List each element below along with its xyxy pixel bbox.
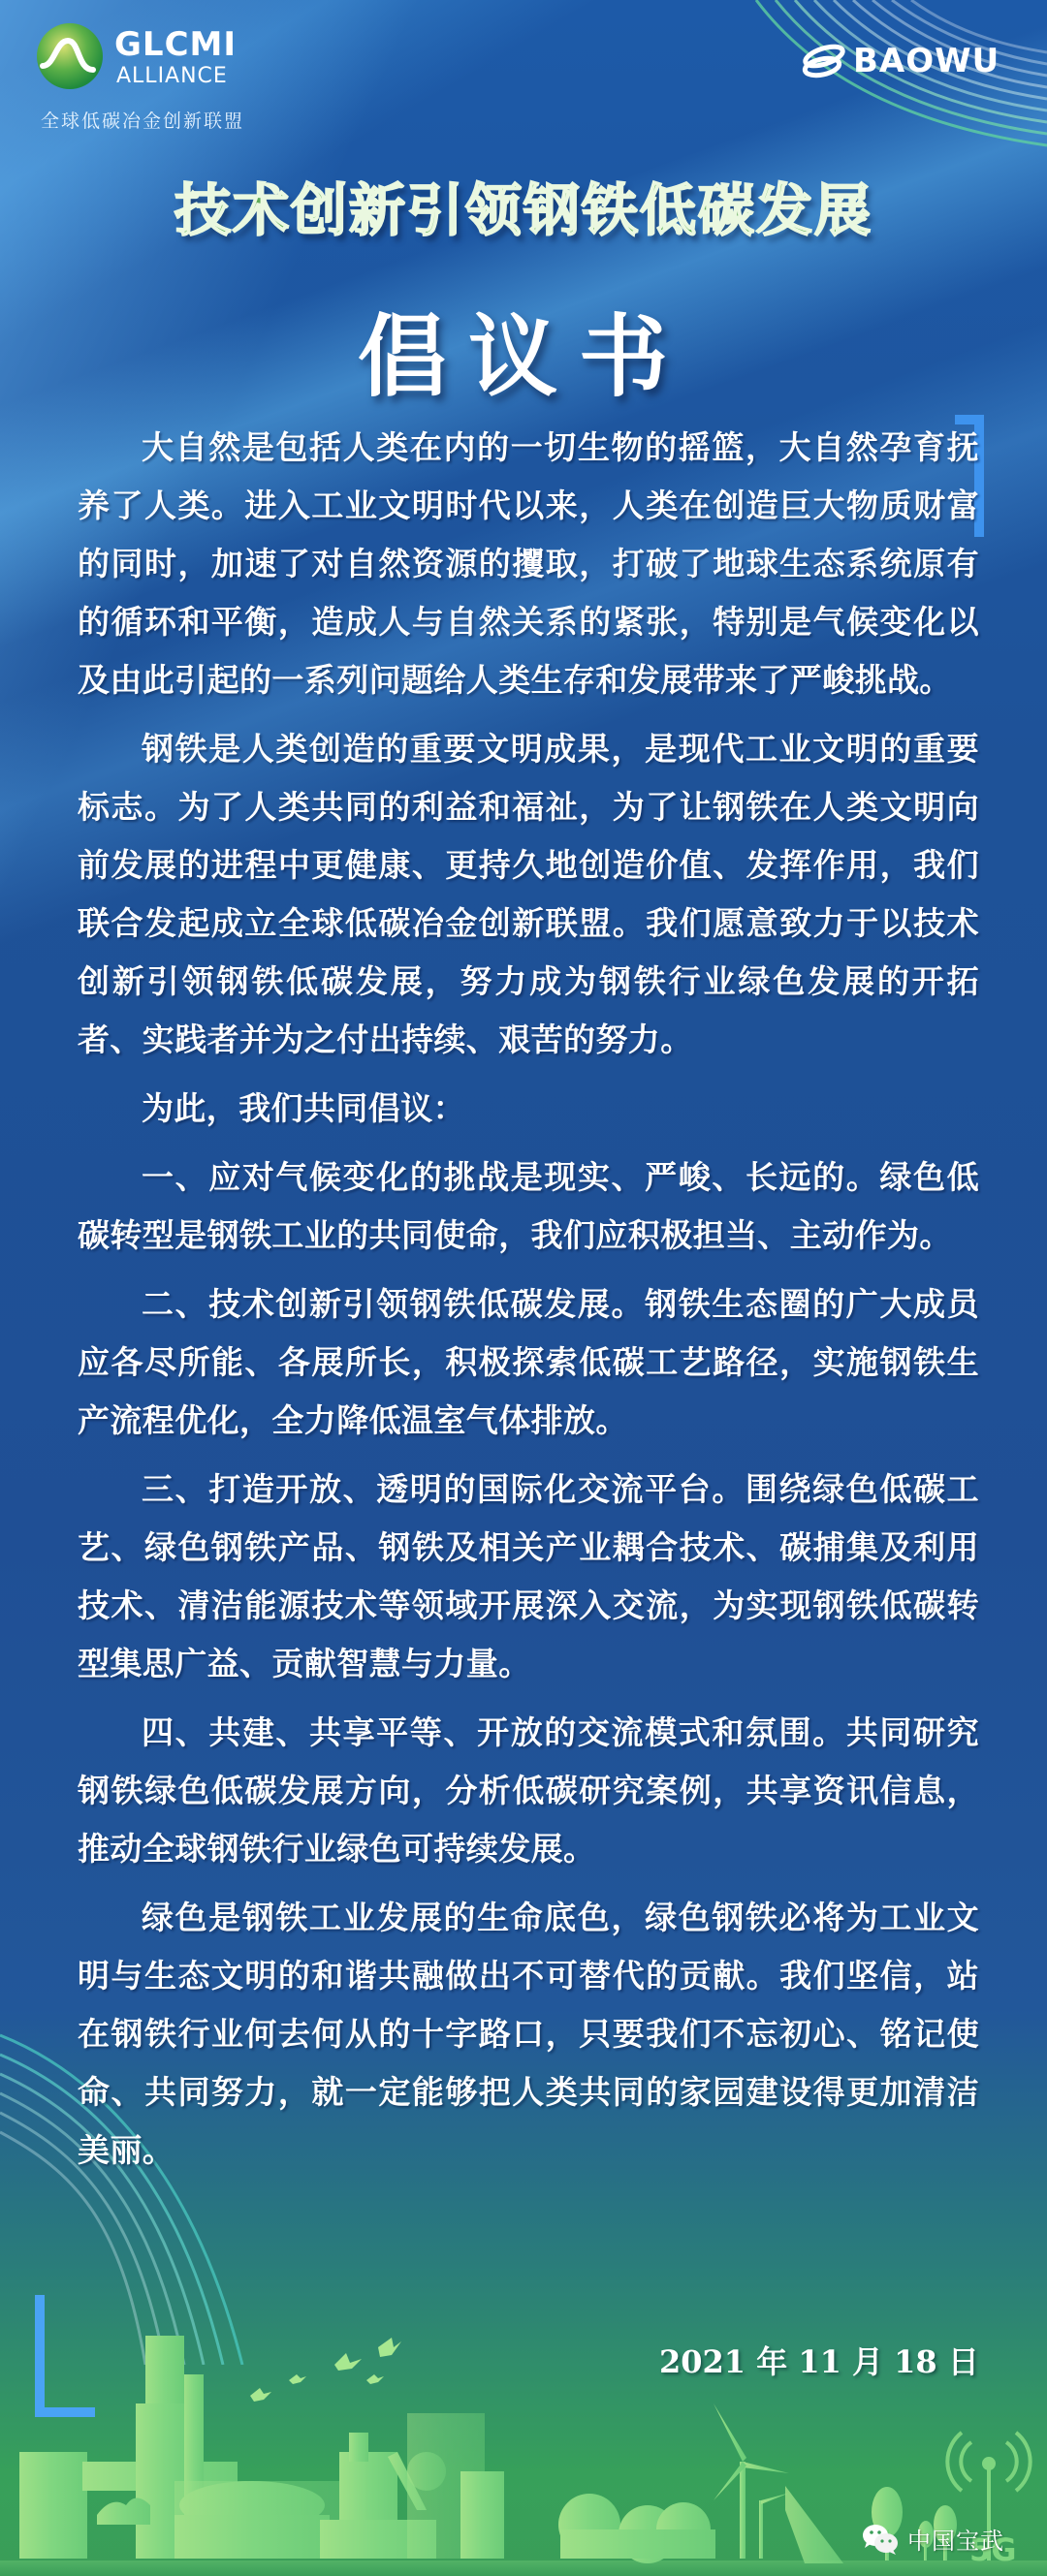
paragraph-call: 为此，我们共同倡议： [78, 1080, 979, 1138]
glcmi-title: GLCMI [114, 27, 237, 62]
headline: 技术创新引领钢铁低碳发展 [0, 165, 1047, 246]
paragraph-point-3: 三、打造开放、透明的国际化交流平台。围绕绿色低碳工艺、绿色钢铁产品、钢铁及相关产… [78, 1461, 979, 1693]
glcmi-subtitle: ALLIANCE [116, 64, 228, 89]
paragraph-point-4: 四、共建、共享平等、开放的交流模式和氛围。共同研究钢铁绿色低碳发展方向，分析低碳… [78, 1704, 979, 1878]
glcmi-chinese-name: 全球低碳冶金创新联盟 [41, 107, 244, 133]
baowu-name: BAOWU [853, 42, 999, 80]
glcmi-alliance-logo: GLCMI ALLIANCE 全球低碳冶金创新联盟 [35, 21, 326, 138]
proposal-body: 大自然是包括人类在内的一切生物的摇篮，大自然孕育抚养了人类。进入工业文明时代以来… [78, 419, 979, 2190]
proposal-date: 2021 年 11 月 18 日 [659, 2338, 979, 2382]
wechat-account: 中国宝武 [861, 2522, 1004, 2556]
document-title: 倡议书 [0, 286, 1047, 414]
paragraph-steel: 钢铁是人类创造的重要文明成果，是现代工业文明的重要标志。为了人类共同的利益和福祉… [78, 720, 979, 1069]
paragraph-conclusion: 绿色是钢铁工业发展的生命底色，绿色钢铁必将为工业文明与生态文明的和谐共融做出不可… [78, 1889, 979, 2180]
baowu-logo: BAOWU [801, 37, 999, 85]
glcmi-logo-icon [35, 21, 105, 91]
wechat-icon [861, 2523, 900, 2556]
wechat-account-name: 中国宝武 [907, 2522, 1004, 2556]
paragraph-intro: 大自然是包括人类在内的一切生物的摇篮，大自然孕育抚养了人类。进入工业文明时代以来… [78, 419, 979, 709]
paragraph-point-1: 一、应对气候变化的挑战是现实、严峻、长远的。绿色低碳转型是钢铁工业的共同使命，我… [78, 1148, 979, 1265]
baowu-logo-icon [801, 42, 847, 80]
paragraph-point-2: 二、技术创新引领钢铁低碳发展。钢铁生态圈的广大成员应各尽所能、各展所长，积极探索… [78, 1275, 979, 1450]
